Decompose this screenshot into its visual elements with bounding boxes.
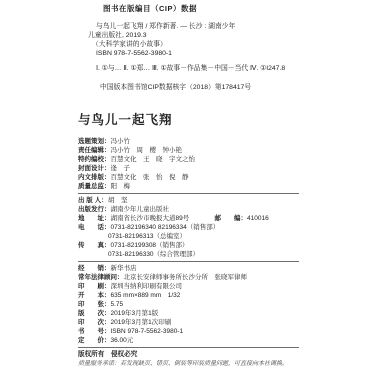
postcode-label: 邮 编： [215,214,248,223]
fax-value: 0731-82199308（销售部） [111,241,189,250]
publisher-value: 胡 坚 [108,196,128,205]
publisher-row-address: 地 址： 湖南省长沙市晚报大道89号 邮 编： 410016 [78,214,299,223]
credit-value: 百慧文化 张 怡 倪 静 [111,173,189,182]
credit-label: 内文排版： [78,173,111,182]
fax-value-2: 0731-82196330（综合管理部） [108,250,199,259]
credit-row: 内文排版： 百慧文化 张 怡 倪 静 [78,173,299,182]
distribution-value: 深圳当纳利印刷有限公司 [111,282,183,291]
fax-label: 传 真： [78,241,111,250]
cip-record-number: 中国版本图书馆CIP数据核字（2018）第178417号 [78,83,299,92]
credit-label: 责任编辑： [78,146,111,155]
address-label: 地 址： [78,214,111,223]
distribution-label: 定 价： [78,336,111,345]
cip-record-line: （大科学家讲的小故事） [78,40,299,49]
publisher-value: 湖南少年儿童出版社 [111,205,170,214]
credit-value: 冯小竹 周 樱 钟小艳 [111,146,183,155]
distribution-row: 开 本： 635 mm×889 mm 1/32 [78,291,299,300]
publisher-row-fax2: 0731-82196330（综合管理部） [78,250,299,259]
distribution-row: 印 张： 5.75 [78,300,299,309]
credit-row: 责任编辑： 冯小竹 周 樱 钟小艳 [78,146,299,155]
cip-record-block: 与鸟儿一起飞翔 / 郑作新著. — 长沙 : 湖南少年 儿童出版社, 2019.… [78,22,299,58]
book-title: 与鸟儿一起飞翔 [78,112,299,129]
distribution-label: 开 本： [78,291,111,300]
publisher-block: 出 版 人： 胡 坚 出版发行： 湖南少年儿童出版社 地 址： 湖南省长沙市晚报… [78,196,299,259]
credit-value: 逄 子 [111,164,131,173]
copyright-footer: 版权所有 侵权必究 质量服务承诺：若发现缺页、错页、倒装等印装质量问题，可直接向… [78,350,299,368]
legal-value: 北京长安律师事务所长沙分所 张晓军律师 [124,273,248,282]
credit-label: 质量总监： [78,182,111,191]
cip-record-line: 与鸟儿一起飞翔 / 郑作新著. — 长沙 : 湖南少年 [78,22,299,31]
page-content: 图书在版编目（CIP）数据 与鸟儿一起飞翔 / 郑作新著. — 长沙 : 湖南少… [78,0,299,368]
distribution-block: 经 销： 新华书店 常年法律顾问： 北京长安律师事务所长沙分所 张晓军律师 印 … [78,264,299,345]
postcode-value: 410016 [247,214,269,223]
credit-row: 选题策划： 冯小竹 [78,137,299,146]
distribution-value: 新华书店 [111,264,137,273]
credit-label: 特约编校： [78,155,111,164]
publisher-label: 出 版 人： [78,196,108,205]
distribution-value: 635 mm×889 mm 1/32 [111,291,181,300]
credit-label: 封面设计： [78,164,111,173]
quality-note: 质量服务承诺：若发现缺页、错页、倒装等印装质量问题，可直接向本社调换。 [78,360,299,368]
address-value: 湖南省长沙市晚报大道89号 [111,214,207,223]
distribution-row-legal: 常年法律顾问： 北京长安律师事务所长沙分所 张晓军律师 [78,273,299,282]
credit-row: 特约编校： 百慧文化 王 晓 宇文之怡 [78,155,299,164]
publisher-row-fax: 传 真： 0731-82199308（销售部） [78,241,299,250]
phone-label: 电 话： [78,223,111,232]
distribution-value: 2019年3月第1次印刷 [111,318,172,327]
credit-value: 冯小竹 [111,137,131,146]
distribution-label: 印 刷： [78,282,111,291]
section-divider [78,261,299,262]
phone-value-2: 0731-82196313（总编室） [108,232,186,241]
distribution-row: 版 次： 2019年3月第1版 [78,309,299,318]
distribution-label: 印 次： [78,318,111,327]
publisher-row: 出版发行： 湖南少年儿童出版社 [78,205,299,214]
legal-label: 常年法律顾问： [78,273,124,282]
distribution-label: 书 号： [78,327,111,336]
publisher-label: 出版发行： [78,205,111,214]
credit-row: 质量总监： 阳 梅 [78,182,299,191]
distribution-row: 经 销： 新华书店 [78,264,299,273]
distribution-value: 5.75 [111,300,124,309]
phone-value: 0731-82196340 82196334（销售部） [111,223,220,232]
publisher-row-phone2: 0731-82196313（总编室） [78,232,299,241]
credit-value: 百慧文化 王 晓 宇文之怡 [111,155,196,164]
section-divider [78,193,299,194]
credits-block: 选题策划： 冯小竹 责任编辑： 冯小竹 周 樱 钟小艳 特约编校： 百慧文化 王… [78,137,299,191]
credit-row: 封面设计： 逄 子 [78,164,299,173]
distribution-label: 版 次： [78,309,111,318]
distribution-value: ISBN 978-7-5562-3980-1 [111,327,184,336]
section-divider [78,347,299,348]
credit-label: 选题策划： [78,137,111,146]
cip-header: 图书在版编目（CIP）数据 [78,3,299,14]
cip-record-line: ISBN 978-7-5562-3980-1 [78,49,299,58]
publisher-row: 出 版 人： 胡 坚 [78,196,299,205]
distribution-value: 36.00元 [111,336,134,345]
distribution-label: 印 张： [78,300,111,309]
distribution-value: 2019年3月第1版 [111,309,159,318]
cip-classification: Ⅰ. ①与… Ⅱ. ①郑… Ⅲ. ①故事－作品集－中国－当代 Ⅳ. ①I247.… [78,64,299,73]
rights-statement: 版权所有 侵权必究 [78,350,299,359]
distribution-row: 印 刷： 深圳当纳利印刷有限公司 [78,282,299,291]
distribution-row: 书 号： ISBN 978-7-5562-3980-1 [78,327,299,336]
cip-record-line: 儿童出版社, 2019.3 [78,31,299,40]
publisher-row-phone: 电 话： 0731-82196340 82196334（销售部） [78,223,299,232]
credit-value: 阳 梅 [111,182,131,191]
copyright-page: 图书在版编目（CIP）数据 与鸟儿一起飞翔 / 郑作新著. — 长沙 : 湖南少… [0,0,375,375]
distribution-row: 定 价： 36.00元 [78,336,299,345]
distribution-label: 经 销： [78,264,111,273]
distribution-row: 印 次： 2019年3月第1次印刷 [78,318,299,327]
